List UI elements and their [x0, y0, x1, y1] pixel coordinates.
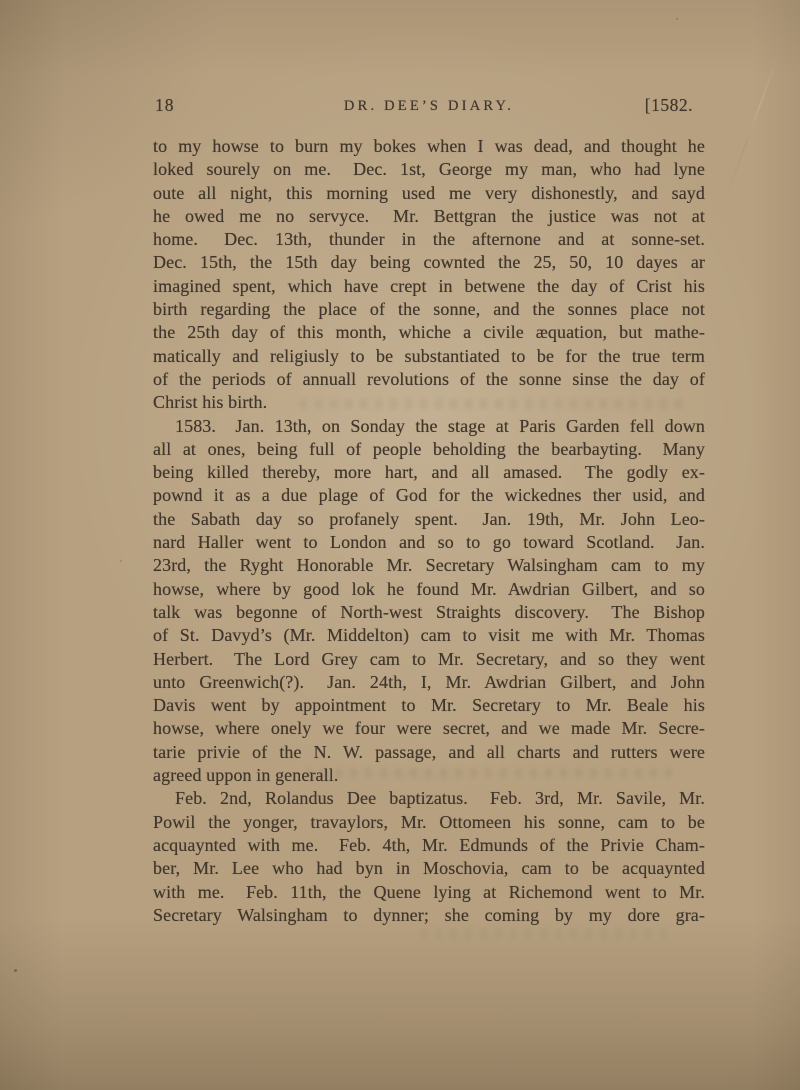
text-line: birth regarding the place of the sonne, … [153, 298, 705, 321]
page-body: to my howse to burn my bokes when I was … [153, 135, 705, 927]
page-header: 18 DR. DEE’S DIARY. [1582. [153, 95, 705, 119]
text-line: acquaynted with me. Feb. 4th, Mr. Edmund… [153, 834, 705, 857]
text-line: the 25th day of this month, whiche a civ… [153, 321, 705, 344]
text-line: ber, Mr. Lee who had byn in Moschovia, c… [153, 857, 705, 880]
text-line: oute all night, this morning used me ver… [153, 182, 705, 205]
text-line: nard Haller went to London and so to go … [153, 531, 705, 554]
text-line: howse, where onely we four were secret, … [153, 717, 705, 740]
text-line: all at ones, being full of people behold… [153, 438, 705, 461]
text-line: pownd it as a due plage of God for the w… [153, 484, 705, 507]
text-line: talk was begonne of North-west Straights… [153, 601, 705, 624]
text-line: he owed me no servyce. Mr. Bettgran the … [153, 205, 705, 228]
text-line: howse, where by good lok he found Mr. Aw… [153, 578, 705, 601]
year-marker: [1582. [645, 95, 693, 116]
showthrough-mark [420, 929, 670, 939]
text-line: Herbert. The Lord Grey cam to Mr. Secret… [153, 648, 705, 671]
text-line: being killed thereby, more hart, and all… [153, 461, 705, 484]
text-line: matically and religiusly to be substanti… [153, 345, 705, 368]
text-line: 1583. Jan. 13th, on Sonday the stage at … [153, 415, 705, 438]
text-line: unto Greenwich(?). Jan. 24th, I, Mr. Awd… [153, 671, 705, 694]
dust-speck [120, 560, 122, 562]
text-line: home. Dec. 13th, thunder in the afternon… [153, 228, 705, 251]
text-line: of St. Davyd’s (Mr. Middelton) cam to vi… [153, 624, 705, 647]
dust-speck [14, 969, 17, 972]
text-line: Dec. 15th, the 15th day being cownted th… [153, 251, 705, 274]
text-line: agreed uppon in generall. [153, 764, 705, 787]
page-number: 18 [155, 95, 175, 116]
text-line: to my howse to burn my bokes when I was … [153, 135, 705, 158]
text-line: the Sabath day so profanely spent. Jan. … [153, 508, 705, 531]
text-line: Feb. 2nd, Rolandus Dee baptizatus. Feb. … [153, 787, 705, 810]
running-title: DR. DEE’S DIARY. [344, 98, 514, 115]
text-line: imagined spent, which have crept in betw… [153, 275, 705, 298]
text-line: Powil the yonger, travaylors, Mr. Ottome… [153, 811, 705, 834]
text-line: with me. Feb. 11th, the Quene lying at R… [153, 881, 705, 904]
text-line: Christ his birth. [153, 391, 705, 414]
text-line: of the periods of annuall revolutions of… [153, 368, 705, 391]
text-line: tarie privie of the N. W. passage, and a… [153, 741, 705, 764]
text-line: Secretary Walsingham to dynner; she comi… [153, 904, 705, 927]
text-line: 23rd, the Ryght Honorable Mr. Secretary … [153, 554, 705, 577]
text-line: Davis went by appointment to Mr. Secreta… [153, 694, 705, 717]
book-page: 18 DR. DEE’S DIARY. [1582. to my howse t… [0, 0, 800, 1090]
paper-crease [724, 56, 779, 202]
dust-speck [676, 18, 678, 20]
text-line: loked sourely on me. Dec. 1st, George my… [153, 158, 705, 181]
